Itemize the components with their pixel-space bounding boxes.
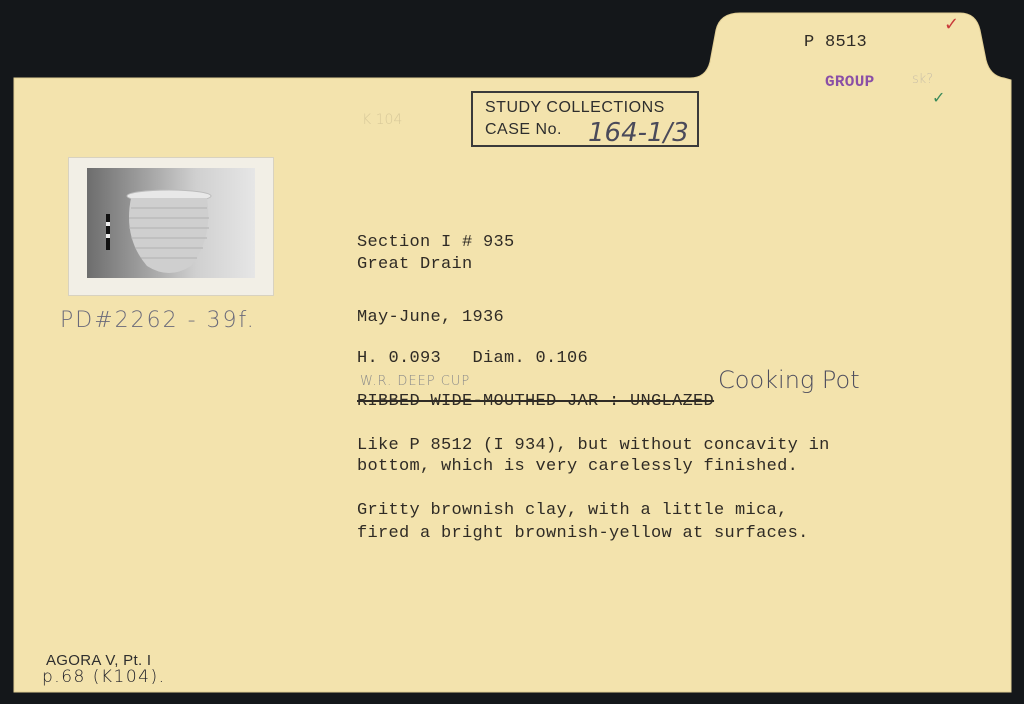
fabric-line-2: fired a bright brownish-yellow at surfac…	[357, 523, 809, 545]
dimensions: H. 0.093 Diam. 0.106	[357, 348, 588, 370]
excavation-date: May-June, 1936	[357, 307, 504, 329]
artifact-photo	[68, 157, 274, 296]
pencil-note: sk?	[912, 72, 933, 87]
fabric-line-1: Gritty brownish clay, with a little mica…	[357, 500, 788, 522]
description-line-1: Like P 8512 (I 934), but without concavi…	[357, 435, 830, 457]
jar-image	[87, 168, 255, 278]
stamp-case-label: CASE No.	[485, 119, 562, 141]
findspot: Great Drain	[357, 254, 473, 276]
faint-pencil-note: K 104	[362, 112, 402, 128]
section-number: Section I # 935	[357, 232, 515, 254]
catalog-number: P 8513	[804, 32, 867, 54]
green-check-icon: ✓	[932, 88, 945, 107]
handwritten-alt-name: W.R. DEEP CUP	[360, 374, 470, 389]
description-line-2: bottom, which is very carelessly finishe…	[357, 456, 798, 478]
stamp-title: STUDY COLLECTIONS	[485, 97, 685, 119]
red-check-icon: ✓	[944, 14, 959, 35]
struck-object-title: RIBBED WIDE-MOUTHED JAR : UNGLAZED	[357, 391, 714, 413]
handwritten-object-name: Cooking Pot	[718, 366, 860, 394]
photo-reference: PD#2262 - 39f.	[60, 308, 256, 333]
page-reference: p.68 (K104).	[42, 667, 166, 687]
group-label: GROUP	[825, 71, 875, 93]
case-number: 164-1/3	[588, 118, 689, 148]
